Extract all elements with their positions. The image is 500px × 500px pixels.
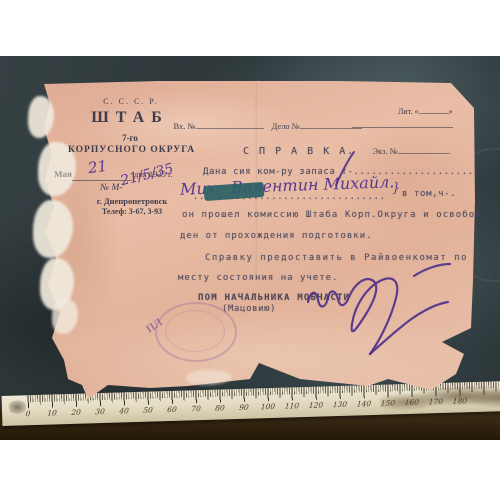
handwritten-day: 21 bbox=[87, 157, 108, 177]
ruler-number: 70 bbox=[186, 404, 207, 414]
photo-of-document: 0102030405060708090100110120130140150160… bbox=[0, 0, 500, 500]
vh-label: Вх. № bbox=[174, 121, 196, 131]
delo-field: Дело № bbox=[263, 111, 362, 141]
body-line-2-tail: в том,ч-. bbox=[402, 189, 456, 199]
letterhead-phone: Телеф: 3-67, 3-93 bbox=[82, 207, 182, 216]
lit-label: Лит. « bbox=[398, 107, 419, 116]
ruler-number: 140 bbox=[354, 399, 375, 409]
letterhead-country: С. С. С. Р. bbox=[95, 97, 167, 106]
doc-number-label: № М- bbox=[100, 183, 122, 193]
delo-label: Дело № bbox=[272, 121, 300, 131]
ink-slash bbox=[333, 150, 357, 188]
signature-ink bbox=[302, 252, 452, 370]
ruler-number: 90 bbox=[234, 403, 255, 413]
letterhead-unit-name: КОРПУСНОГО ОКРУГА bbox=[68, 145, 192, 155]
ruler-logo-mark bbox=[9, 400, 26, 413]
ruler-number: 120 bbox=[306, 400, 327, 410]
ekz-blank bbox=[398, 146, 450, 154]
ruler-number: 80 bbox=[210, 403, 231, 413]
ruler-number: 100 bbox=[258, 402, 279, 412]
vh-blank bbox=[196, 121, 264, 129]
lit-close: » bbox=[449, 107, 453, 116]
letterhead-unit-number: 7-го bbox=[110, 133, 150, 143]
ruler-number: 40 bbox=[114, 406, 135, 416]
lit-blank bbox=[419, 106, 449, 114]
ruler-number: 50 bbox=[138, 405, 159, 415]
ruler-number: 10 bbox=[42, 408, 63, 418]
body-line-3: он прошел комиссию Штаба Корп.Округа и о… bbox=[182, 210, 482, 220]
vh-field: Вх. № bbox=[165, 111, 264, 141]
ruler-dirt-smudge bbox=[379, 381, 500, 415]
ruler-number: 110 bbox=[282, 401, 303, 411]
letterhead-city: г. Днепропетровск bbox=[82, 196, 182, 206]
ruler-number: 30 bbox=[90, 407, 111, 417]
body-line-4: ден от прохождения подготовки. bbox=[180, 231, 373, 241]
ruler-number: 20 bbox=[66, 407, 87, 417]
ruler-number: 130 bbox=[330, 400, 351, 410]
lit-field: Лит. «» bbox=[390, 97, 453, 125]
header-rule bbox=[352, 127, 453, 128]
ekz-field: Экз. № bbox=[364, 136, 450, 166]
round-stamp-inner bbox=[165, 310, 225, 352]
ekz-label: Экз. № bbox=[373, 146, 398, 156]
month-stamp: Мая bbox=[54, 169, 72, 180]
signature-name: (Мацовию) bbox=[222, 304, 276, 314]
ruler-number: 60 bbox=[162, 405, 183, 415]
